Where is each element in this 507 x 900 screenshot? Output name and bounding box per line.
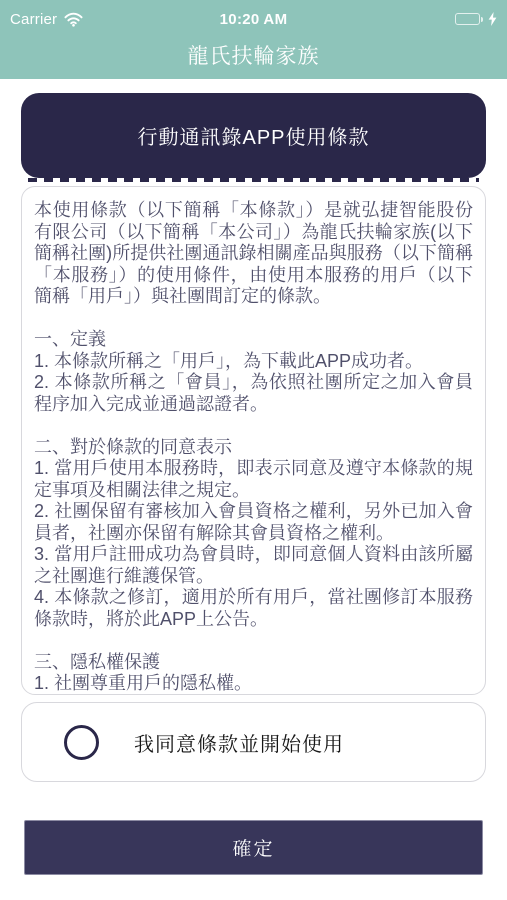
app-header: Carrier 10:20 AM — [0, 0, 507, 79]
terms-text-panel[interactable]: 本使用條款（以下簡稱「本條款」）是就弘捷智能股份有限公司（以下簡稱「本公司」）為… — [21, 186, 486, 695]
terms-title-card: 行動通訊錄APP使用條款 — [21, 93, 486, 178]
status-right — [287, 12, 497, 26]
app-screen: Carrier 10:20 AM — [0, 0, 507, 900]
terms-title: 行動通訊錄APP使用條款 — [137, 121, 369, 150]
battery-icon — [455, 13, 483, 25]
charging-bolt-icon — [488, 12, 497, 26]
page-title: 龍氏扶輪家族 — [0, 31, 507, 70]
clock: 10:20 AM — [220, 11, 288, 28]
wifi-icon — [64, 12, 83, 27]
battery-cap — [481, 17, 483, 22]
agree-radio-button[interactable] — [64, 725, 99, 760]
status-left: Carrier — [10, 11, 220, 28]
carrier-label: Carrier — [10, 11, 57, 28]
agree-row[interactable]: 我同意條款並開始使用 — [21, 702, 486, 782]
confirm-button-label: 確定 — [232, 834, 274, 861]
confirm-button[interactable]: 確定 — [24, 820, 483, 875]
status-bar: Carrier 10:20 AM — [0, 0, 507, 31]
agree-label: 我同意條款並開始使用 — [134, 728, 344, 757]
